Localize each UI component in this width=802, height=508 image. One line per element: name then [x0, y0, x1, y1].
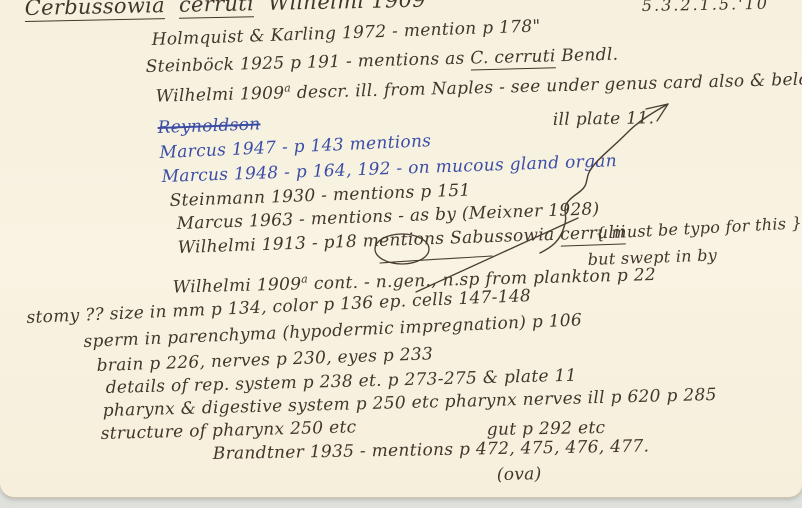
entry-holmquist: Holmquist & Karling 1972 - mention p 178… [151, 16, 541, 50]
title-genus: Cerbussowia [24, 0, 165, 22]
index-card: CerbussowiacerrutiWilhelmi 1909 5.3.2.1.… [0, 0, 802, 497]
card-title: CerbussowiacerrutiWilhelmi 1909 [24, 0, 426, 20]
entry-brandtner-1935: Brandtner 1935 - mentions p 472, 475, 47… [213, 436, 650, 464]
entry-wilhelmi-1913-genus: Sabussowia [450, 225, 555, 249]
entry-wilhelmi-1909a-cont-cite: Wilhelmi 1909 [172, 274, 301, 297]
entry-reynoldson-crossed-out: Reynoldson [157, 114, 261, 138]
entry-steinbock-author: Bendl. [555, 45, 618, 67]
entry-wilhelmi-1909a-cite: Wilhelmi 1909 [155, 83, 284, 106]
note-ova: (ova) [497, 464, 542, 485]
entry-steinbock-text: Steinböck 1925 p 191 - mentions as [145, 49, 470, 77]
entry-steinbock-species: C. cerruti [470, 46, 556, 70]
scan-background: CerbussowiacerrutiWilhelmi 1909 5.3.2.1.… [0, 0, 802, 508]
entry-ill-plate: ill plate 11. [553, 108, 655, 130]
entry-steinbock: Steinböck 1925 p 191 - mentions as C. ce… [145, 45, 618, 77]
catalog-number: 5.3.2.1.5.'10 [642, 0, 769, 15]
entry-wilhelmi-1913-cite: Wilhelmi 1913 - p18 mentions [177, 228, 450, 258]
annotation-typo-note-line1: { must be typo for this } [595, 213, 802, 243]
title-author: Wilhelmi 1909 [268, 0, 426, 15]
note-structure-pharynx: structure of pharynx 250 etc [100, 417, 356, 444]
entry-wilhelmi-1909a-note: descr. ill. from Naples - see under genu… [291, 69, 802, 103]
title-species: cerruti [179, 0, 255, 19]
